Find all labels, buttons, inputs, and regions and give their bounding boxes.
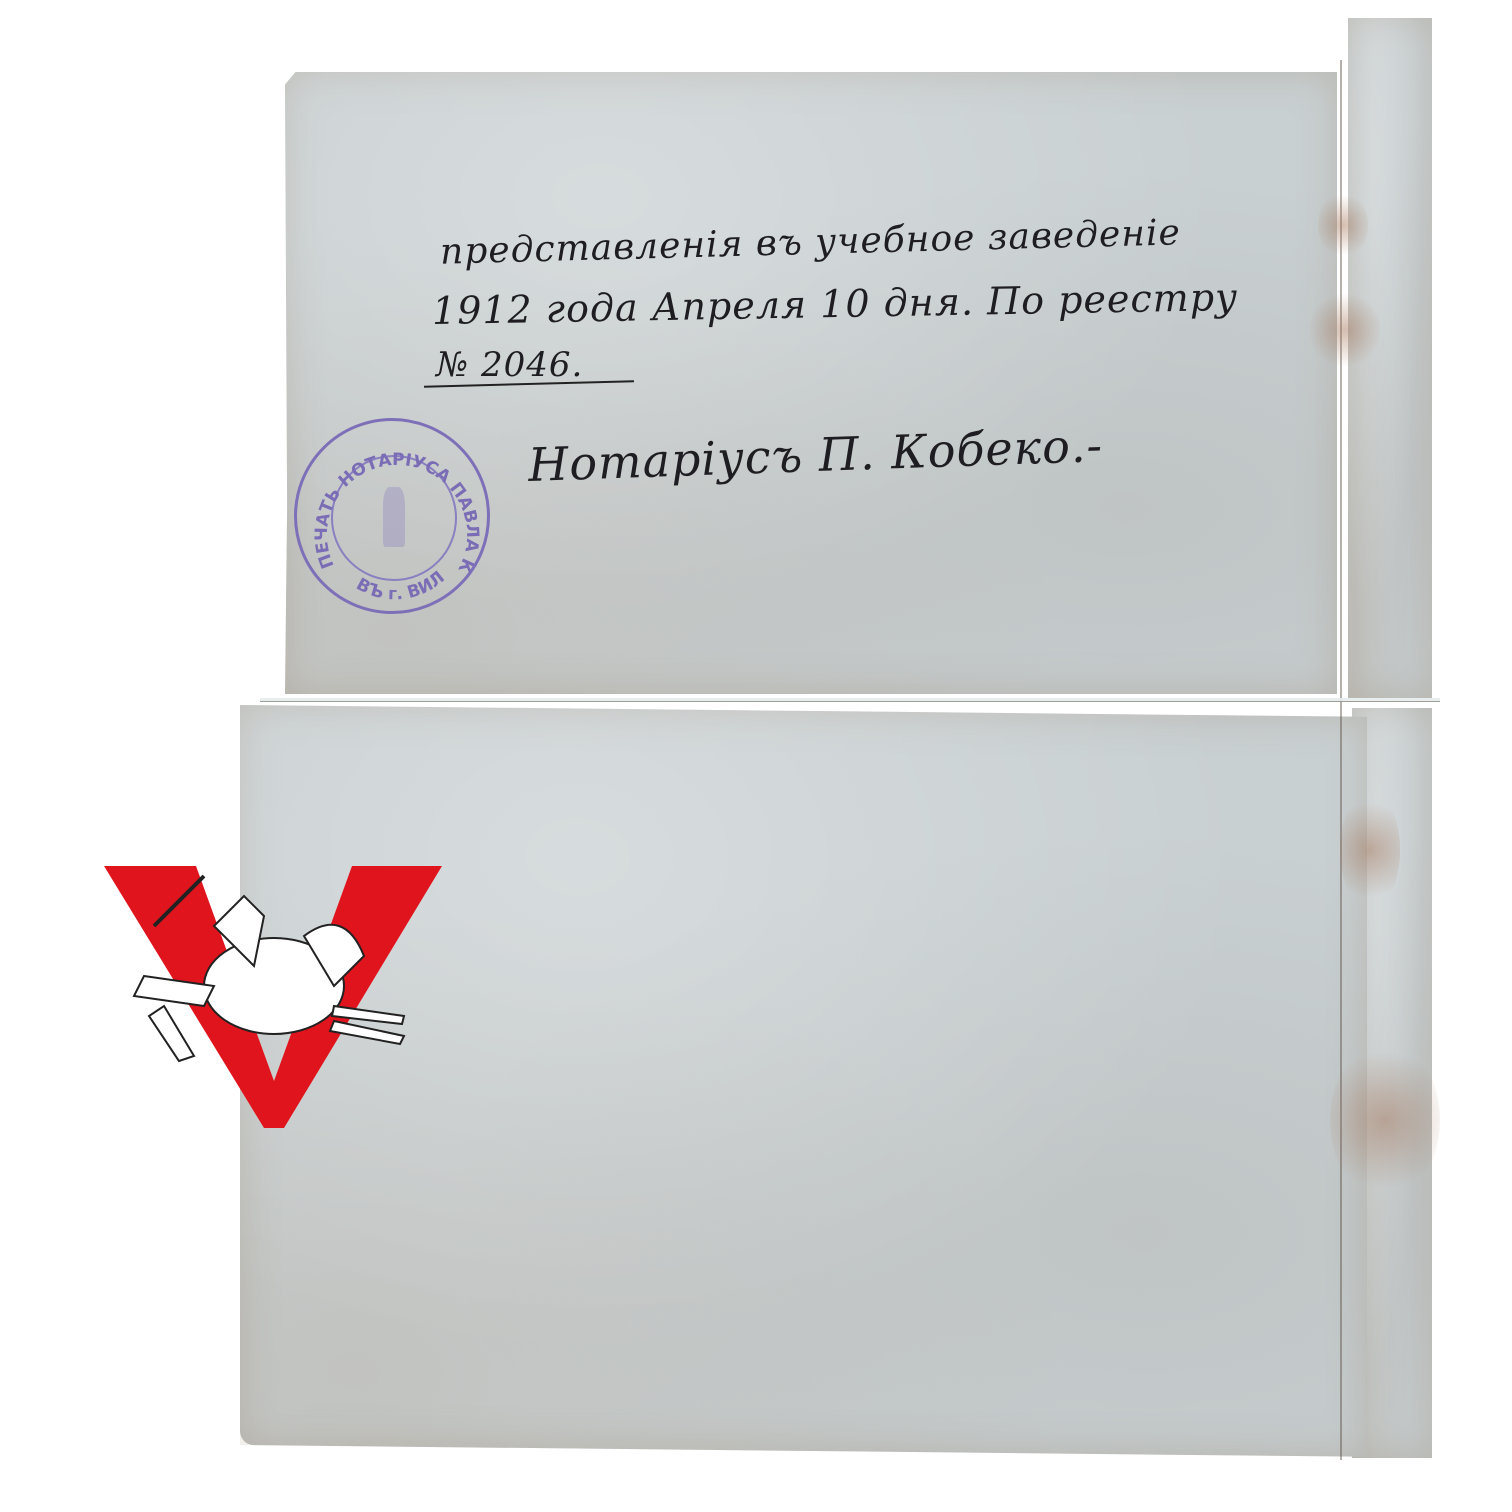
stain xyxy=(1310,290,1380,370)
stain xyxy=(1318,190,1368,260)
seal-text: ПЕЧАТЬ НОТАРІУСА ПАВЛА КОБЕКО ВЪ г. ВИЛЬ… xyxy=(297,421,493,617)
vertical-fold-line xyxy=(1340,60,1342,1460)
svg-text:ПЕЧАТЬ НОТАРІУСА ПАВЛА КОБЕКО: ПЕЧАТЬ НОТАРІУСА ПАВЛА КОБЕКО xyxy=(297,421,482,576)
registry-number: № 2046. xyxy=(436,345,583,385)
seal-outer-text: ПЕЧАТЬ НОТАРІУСА ПАВЛА КОБЕКО xyxy=(297,421,482,576)
stain xyxy=(1340,790,1400,910)
horizontal-fold-line xyxy=(260,698,1440,702)
notary-seal-stamp: ПЕЧАТЬ НОТАРІУСА ПАВЛА КОБЕКО ВЪ г. ВИЛЬ… xyxy=(294,418,490,614)
v-knight-logo xyxy=(104,866,442,1128)
stain xyxy=(1330,1040,1440,1200)
